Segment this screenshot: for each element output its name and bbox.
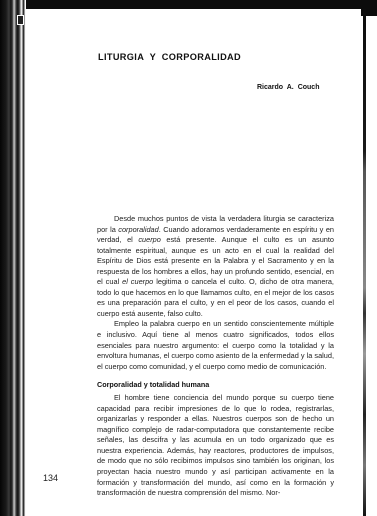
paragraph: El hombre tiene conciencia del mundo por…: [97, 393, 334, 498]
italic-text: cuerpo: [138, 235, 160, 244]
book-spine-shadow: [0, 0, 26, 516]
author-name: Ricardo A. Couch: [257, 84, 319, 91]
binding-mark: [17, 15, 24, 25]
text-run: El hombre tiene conciencia del mundo por…: [97, 393, 334, 497]
page-right-edge: [363, 9, 366, 516]
paragraph: Desde muchos puntos de vista la verdader…: [97, 214, 334, 319]
italic-text: corporalidad: [118, 225, 158, 234]
article-body: Desde muchos puntos de vista la verdader…: [97, 214, 334, 499]
text-run: Empleo la palabra cuerpo en un sentido c…: [97, 319, 334, 370]
section-heading: Corporalidad y totalidad humana: [97, 380, 334, 390]
scan-top-border: [0, 0, 377, 9]
article-title: LITURGIA Y CORPORALIDAD: [98, 52, 241, 62]
paragraph: Empleo la palabra cuerpo en un sentido c…: [97, 319, 334, 372]
italic-text: el cuerpo: [122, 277, 153, 286]
page-number: 134: [43, 473, 58, 483]
